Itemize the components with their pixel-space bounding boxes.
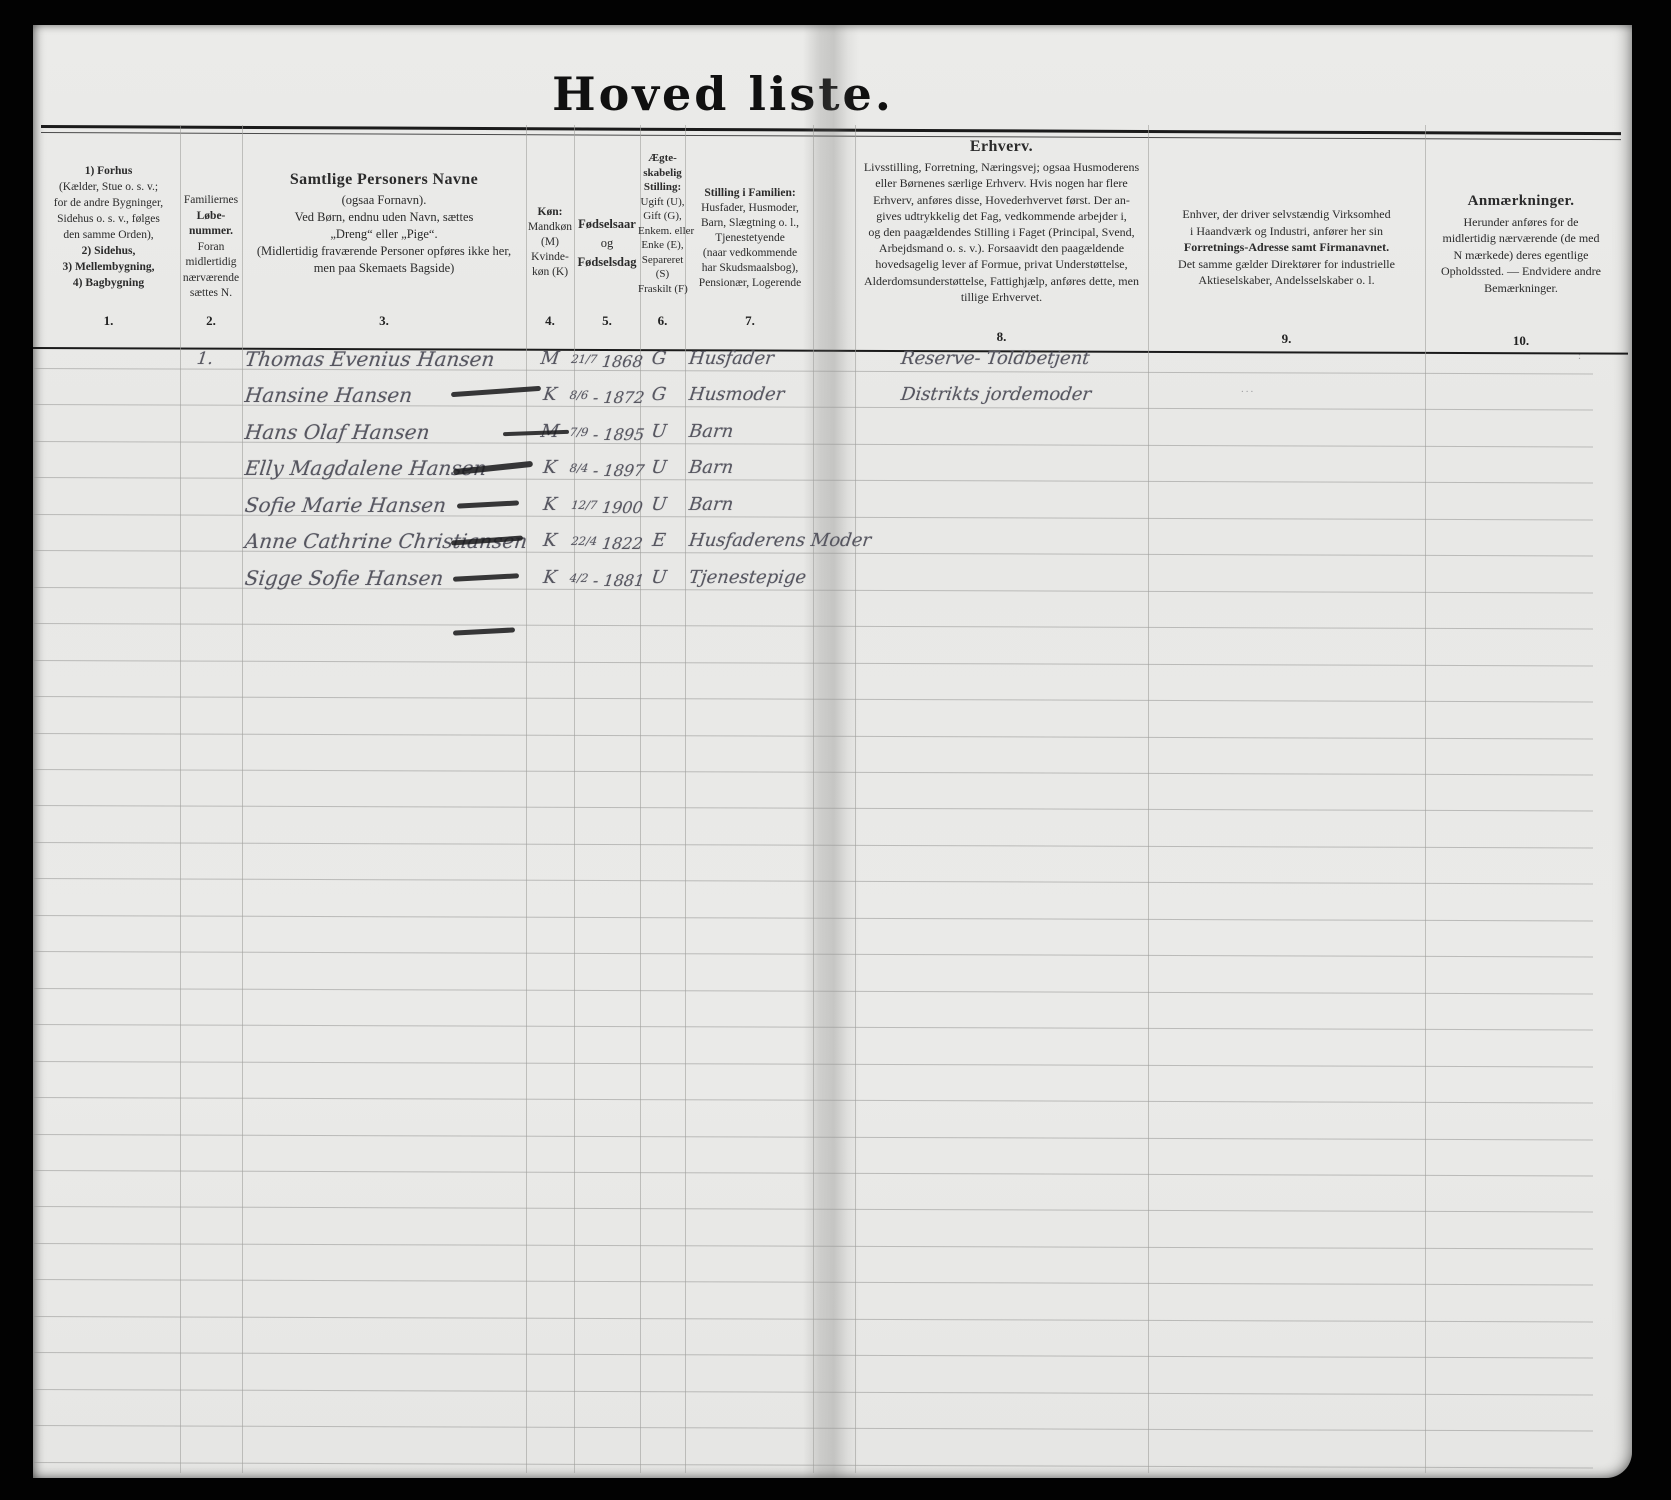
header-line: Ugift (U), [638,195,687,210]
header-line: Barn, Slægtning o. l., [687,216,813,231]
header-line: 1) Forhus [37,163,180,179]
header-line: Fraskilt (F) [638,282,687,297]
entry-aegteskab: E [635,525,683,557]
header-line: Arbejdsmand o. s. v.). Forsaavidt den pa… [855,240,1148,256]
header-line: Stilling i Familien: [687,186,813,201]
entry-aegteskab: U [635,416,683,448]
header-line: „Dreng“ eller „Pige“. [242,226,526,243]
header-line: Forretnings-Adresse samt Firmanavnet. [1148,239,1425,256]
birthdate-daymonth: 7/9 [569,425,589,439]
entry-aegteskab: U [635,489,683,521]
column-header-aegteskabelig-stilling: Ægte-skabeligStilling:Ugift (U),Gift (G)… [638,151,687,296]
column-number: 7. [687,313,813,329]
header-line: og den paagældendes Stilling i Faget (Pr… [855,224,1148,240]
birthdate-daymonth: 4/2 [569,571,589,585]
column-header-navne: Samtlige Personers Navne(ogsaa Fornavn).… [242,171,526,277]
header-line: Køn: [526,205,574,220]
birthdate-daymonth: 12/7 [570,498,598,512]
header-line: i Haandværk og Industri, anfører her sin [1148,223,1425,240]
header-line: (S) [638,267,687,282]
column-title-navne: Samtlige Personers Navne [242,171,526,188]
column-number: 1. [37,313,180,329]
header-line: Bemærkninger. [1425,280,1617,297]
header-line: Enkem. eller [638,224,687,239]
header-line: Herunder anføres for de [1425,214,1617,231]
header-line: eller Børnenes særlige Erhverv. Hvis nog… [855,175,1148,191]
header-line: 4) Bagbygning [37,275,180,291]
column-number: 9. [1148,331,1425,347]
column-divider [1148,125,1149,1473]
header-line: nærværende [180,271,242,287]
header-line: skabelig [638,166,687,181]
header-line: (ogsaa Fornavn). [242,192,526,209]
header-line: gives udtrykkelig det Fag, vedkommende a… [855,208,1148,224]
header-line: Enke (E), [638,238,687,253]
column-header-bygning: 1) Forhus(Kælder, Stue o. s. v.;for de a… [37,163,180,291]
header-line: Enhver, der driver selvstændig Virksomhe… [1148,206,1425,223]
column-header-koen: Køn:Mandkøn(M)Kvinde-køn (K) [526,205,574,280]
header-line: Erhverv, anføres disse, Hovederhvervet f… [855,192,1148,208]
ink-stroke [453,627,515,635]
header-line: 2) Sidehus, [37,243,180,259]
entry-aegteskab: U [635,562,683,594]
entry-stilling: Barn [687,489,851,521]
entry-aegteskab: G [635,379,683,411]
birthdate-daymonth: 8/4 [569,461,589,475]
column-title-anmaerkninger: Anmærkninger. [1425,193,1617,210]
header-line: Ved Børn, endnu uden Navn, sættes [242,209,526,226]
header-line: Familiernes [180,193,242,209]
header-line: 3) Mellembygning, [37,259,180,275]
entry-erhverv: Distrikts jordemoder [899,379,1183,411]
header-line: Aktieselskaber, Andelsselskaber o. l. [1148,272,1425,289]
header-line: Fødselsaar [574,215,640,234]
header-line: Stilling: [638,180,687,195]
scanned-census-page: { "title": "Hoved liste.", "header": { "… [0,0,1671,1500]
column-header-erhverv: Erhverv.Livsstilling, Forretning, Næring… [855,139,1148,305]
entry-aegteskab: G [635,343,683,375]
birthdate-daymonth: 21/7 [570,352,598,366]
header-line: Foran [180,240,242,256]
header-line: Kvinde- [526,250,574,265]
header-line: Mandkøn [526,220,574,235]
page-title: Hoved liste. [503,67,943,127]
header-line: køn (K) [526,265,574,280]
header-line: Husfader, Husmoder, [687,201,813,216]
header-line: Livsstilling, Forretning, Næringsvej; og… [855,159,1148,175]
header-line: Sidehus o. s. v., følges [37,211,180,227]
header-line: nummer. [180,224,242,240]
header-line: Tjenestetyende [687,231,813,246]
column-header-anmaerkninger: Anmærkninger.Herunder anføres for demidl… [1425,193,1617,296]
column-header-stilling-i-familien: Stilling i Familien:Husfader, Husmoder,B… [687,186,813,291]
faint-scan-mark: : [1578,350,1583,362]
birthdate-daymonth: 8/6 [569,388,589,402]
header-line: midlertidig [180,255,242,271]
faint-scan-mark: ... [1241,383,1255,395]
paper-sheet: Hoved liste. 1) Forhus(Kælder, Stue o. s… [33,25,1632,1478]
header-line: Ægte- [638,151,687,166]
column-title-erhverv: Erhverv. [855,139,1148,155]
column-divider [1425,125,1426,1473]
column-number: 6. [638,313,687,329]
header-line: Løbe- [180,209,242,225]
entry-stilling: Husmoder [687,379,851,411]
column-header-loebenummer: FamiliernesLøbe-nummer.Foranmidlertidign… [180,193,242,302]
header-line: for de andre Bygninger, [37,195,180,211]
entry-erhverv: Reserve- Toldbetjent [899,343,1183,375]
header-line: og [574,234,640,253]
header-line: hovedsagelig lever af Formue, privat Und… [855,256,1148,272]
entry-navn: Thomas Evenius Hansen [243,343,527,375]
column-header-foedselsdata: FødselsaarogFødselsdag [574,215,640,272]
header-line: Pensionær, Logerende [687,276,813,291]
column-number: 2. [180,313,242,329]
entry-navn: Hans Olaf Hansen [243,416,527,448]
header-line: men paa Skemaets Bagside) [242,260,526,277]
header-line: Gift (G), [638,209,687,224]
entry-stilling: Husfader [687,343,851,375]
header-line: Fødselsdag [574,253,640,272]
entry-stilling: Husfaderens Moder [687,525,851,557]
header-line: N mærkede) deres egentlige [1425,247,1617,264]
entry-loebenr: 1. [181,343,229,375]
header-line: (Midlertidig fraværende Personer opføres… [242,243,526,260]
header-line: Alderdomsunderstøttelse, Fattighjælp, an… [855,273,1148,289]
entry-stilling: Barn [687,416,851,448]
column-number: 5. [574,313,640,329]
entry-stilling: Tjenestepige [687,562,851,594]
header-line: tillige Erhvervet. [855,289,1148,305]
column-divider [813,125,814,1473]
column-number: 3. [242,313,526,329]
entry-stilling: Barn [687,452,851,484]
header-line: (M) [526,235,574,250]
header-line: sættes N. [180,286,242,302]
header-line: midlertidig nærværende (de med [1425,230,1617,247]
header-line: Opholdssted. — Endvidere andre [1425,263,1617,280]
column-header-forretnings-adresse: Enhver, der driver selvstændig Virksomhe… [1148,206,1425,289]
entry-aegteskab: U [635,452,683,484]
column-number: 10. [1425,333,1617,349]
entry-navn: Hansine Hansen [243,379,527,411]
header-line: Det samme gælder Direktører for industri… [1148,256,1425,273]
header-line: har Skudsmaalsbog), [687,261,813,276]
header-line: den samme Orden), [37,227,180,243]
column-number: 4. [526,313,574,329]
header-line: (Kælder, Stue o. s. v.; [37,179,180,195]
column-divider [855,125,856,1473]
birthdate-daymonth: 22/4 [570,534,598,548]
header-line: Separeret [638,253,687,268]
header-line: (naar vedkommende [687,246,813,261]
